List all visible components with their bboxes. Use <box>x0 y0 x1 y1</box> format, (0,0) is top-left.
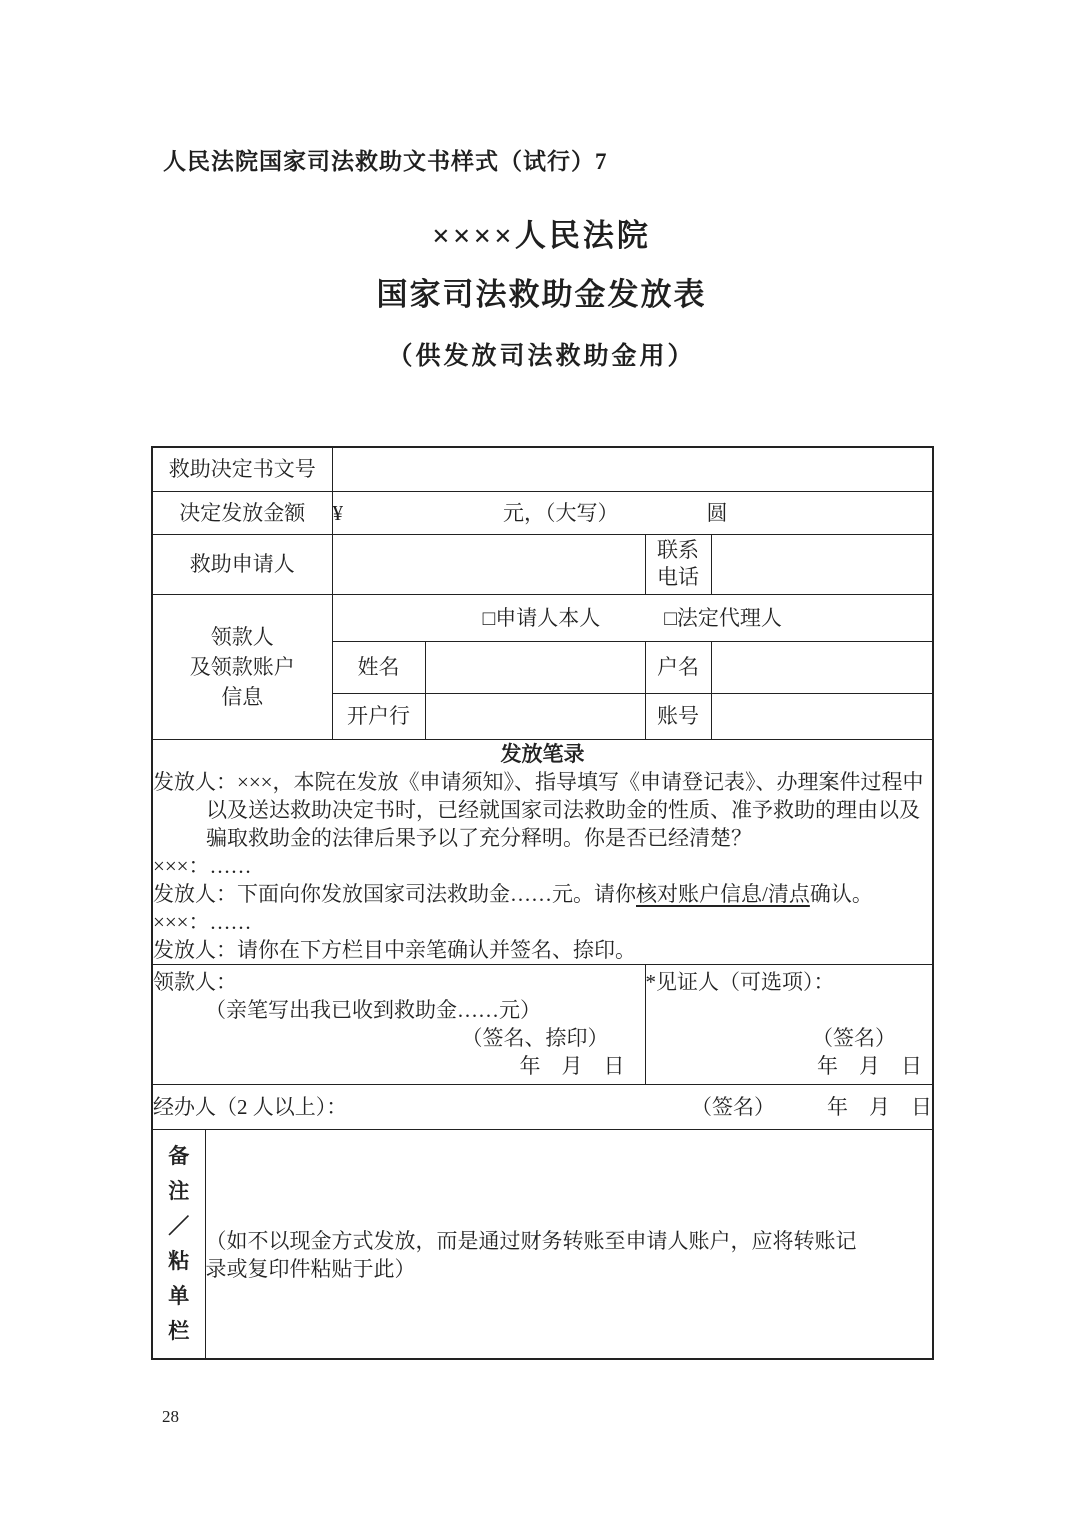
transcript-line-4: ×××：…… <box>153 908 932 936</box>
handler-sign-hint: （签名） <box>691 1093 775 1121</box>
payee-signature-cell[interactable]: 领款人： （亲笔写出我已收到救助金……元） （签名、捺印） 年 月 日 <box>152 964 645 1084</box>
row-remark: 备注／粘单栏 （如不以现金方式发放，而是通过财务转账至申请人账户，应将转账记录或… <box>152 1129 933 1359</box>
bank-label: 开户行 <box>332 693 425 739</box>
payee-sign-date: 年 月 日 <box>153 1052 645 1080</box>
row-handler: 经办人（2 人以上）： （签名） 年 月 日 <box>152 1084 933 1129</box>
decision-number-input-cell[interactable] <box>332 447 933 491</box>
account-holder-label: 户名 <box>645 641 711 693</box>
form-subtitle: （供发放司法救助金用） <box>151 336 932 372</box>
payee-sign-note: （亲笔写出我已收到救助金……元） <box>153 996 645 1024</box>
transcript-line-1: 发放人：×××，本院在发放《申请须知》、指导填写《申请登记表》、办理案件过程中以… <box>153 768 932 852</box>
form-title: 国家司法救助金发放表 <box>151 269 932 314</box>
page-number: 28 <box>162 1407 179 1427</box>
remark-vertical-label: 备注／粘单栏 <box>166 1139 192 1349</box>
amount-input-cell[interactable]: ¥元，（大写）圆 <box>332 491 933 534</box>
handler-label: 经办人（2 人以上）： <box>153 1093 691 1121</box>
remark-paste-area[interactable]: （如不以现金方式发放，而是通过财务转账至申请人账户，应将转账记录或复印件粘贴于此… <box>205 1129 933 1359</box>
row-payee-type: 领款人 及领款账户 信息 □申请人本人 □法定代理人 <box>152 594 933 641</box>
transcript-line-5: 发放人：请你在下方栏目中亲笔确认并签名、捺印。 <box>153 936 932 964</box>
applicant-input-cell[interactable] <box>332 534 645 594</box>
decision-number-label: 救助决定书文号 <box>152 447 332 491</box>
checkbox-applicant-self[interactable]: □申请人本人 <box>483 604 601 632</box>
transcript-cell: 发放笔录 发放人：×××，本院在发放《申请须知》、指导填写《申请登记表》、办理案… <box>152 739 933 964</box>
row-amount: 决定发放金额 ¥元，（大写）圆 <box>152 491 933 534</box>
transcript-line-3: 发放人：下面向你发放国家司法救助金……元。请你核对账户信息/清点确认。 <box>153 880 932 908</box>
witness-spacer <box>646 996 933 1024</box>
payee-section-label: 领款人 及领款账户 信息 <box>152 594 332 739</box>
witness-signature-cell[interactable]: *见证人（可选项）： （签名） 年 月 日 <box>645 964 933 1084</box>
payee-sign-hint: （签名、捺印） <box>462 1026 609 1050</box>
amount-yuan-text: 元，（大写） <box>503 499 619 527</box>
payee-name-label: 姓名 <box>332 641 425 693</box>
transcript-title: 发放笔录 <box>153 740 932 768</box>
witness-sign-hint: （签名） <box>812 1026 896 1050</box>
bank-input-cell[interactable] <box>425 693 645 739</box>
witness-sign-date: 年 月 日 <box>646 1052 933 1080</box>
account-holder-input-cell[interactable] <box>711 641 933 693</box>
payee-type-cell: □申请人本人 □法定代理人 <box>332 594 933 641</box>
remark-label-cell: 备注／粘单栏 <box>152 1129 205 1359</box>
row-decision-number: 救助决定书文号 <box>152 447 933 491</box>
account-number-input-cell[interactable] <box>711 693 933 739</box>
payee-name-input-cell[interactable] <box>425 641 645 693</box>
contact-phone-input-cell[interactable] <box>711 534 933 594</box>
assistance-payment-form-table: 救助决定书文号 决定发放金额 ¥元，（大写）圆 救助申请人 联系 电话 领款人 … <box>151 446 934 1360</box>
transcript-line-3-prefix: 发放人：下面向你发放国家司法救助金……元。请你 <box>153 882 636 906</box>
witness-label: *见证人（可选项）： <box>646 968 933 996</box>
row-applicant: 救助申请人 联系 电话 <box>152 534 933 594</box>
checkbox-legal-agent[interactable]: □法定代理人 <box>664 604 782 632</box>
applicant-label: 救助申请人 <box>152 534 332 594</box>
transcript-line-3-underlined: 核对账户信息/清点 <box>636 882 810 906</box>
payee-sign-label: 领款人： <box>153 968 645 996</box>
currency-symbol: ¥ <box>333 499 344 527</box>
court-title: ××××人民法院 <box>151 210 932 255</box>
doc-type-label: 人民法院国家司法救助文书样式（试行）7 <box>163 143 608 176</box>
amount-round-text: 圆 <box>707 499 728 527</box>
remark-instruction: （如不以现金方式发放，而是通过财务转账至申请人账户，应将转账记录或复印件粘贴于此… <box>206 1227 874 1283</box>
contact-phone-label: 联系 电话 <box>645 534 711 594</box>
amount-label: 决定发放金额 <box>152 491 332 534</box>
transcript-line-3-suffix: 确认。 <box>810 882 873 906</box>
handler-sign-date: 年 月 日 <box>827 1093 932 1121</box>
document-page: 人民法院国家司法救助文书样式（试行）7 ××××人民法院 国家司法救助金发放表 … <box>0 0 1080 1527</box>
row-signatures: 领款人： （亲笔写出我已收到救助金……元） （签名、捺印） 年 月 日 *见证人… <box>152 964 933 1084</box>
account-number-label: 账号 <box>645 693 711 739</box>
transcript-line-2: ×××：…… <box>153 852 932 880</box>
handler-signature-cell[interactable]: 经办人（2 人以上）： （签名） 年 月 日 <box>152 1084 933 1129</box>
row-transcript: 发放笔录 发放人：×××，本院在发放《申请须知》、指导填写《申请登记表》、办理案… <box>152 739 933 964</box>
